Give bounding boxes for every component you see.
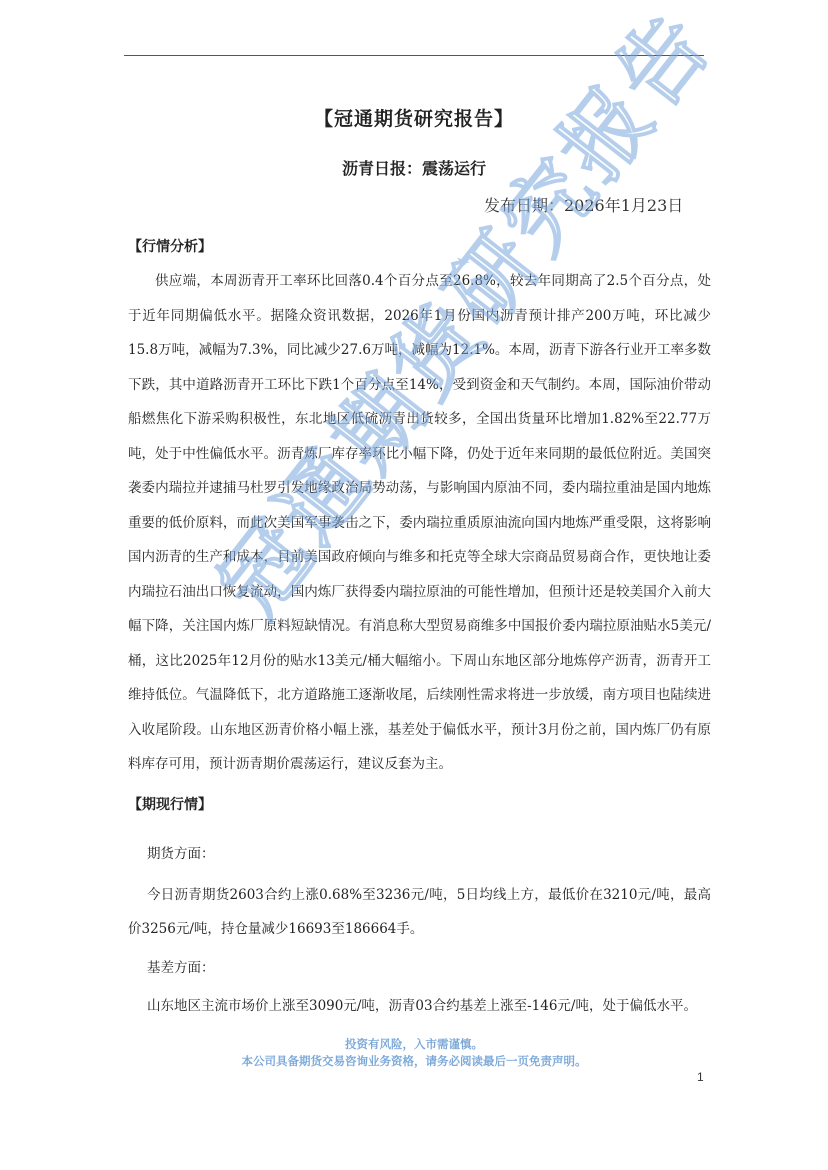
futures-paragraph: 今日沥青期货2603合约上涨0.68%至3236元/吨，5日均线上方，最低价在3… (128, 878, 711, 946)
report-subtitle: 沥青日报：震荡运行 (0, 156, 828, 179)
report-title: 【冠通期货研究报告】 (0, 104, 828, 131)
page-number: 1 (697, 1070, 704, 1084)
section-heading-market-analysis: 【行情分析】 (128, 236, 212, 256)
futures-label: 期货方面： (147, 842, 215, 862)
market-analysis-paragraph: 供应端，本周沥青开工率环比回落0.4个百分点至26.8%，较去年同期高了2.5个… (128, 264, 711, 782)
basis-paragraph: 山东地区主流市场价上涨至3090元/吨，沥青03合约基差上涨至-146元/吨，处… (147, 994, 697, 1014)
header-rule (124, 55, 704, 56)
publish-date: 发布日期：2026年1月23日 (484, 193, 683, 216)
disclaimer-notice: 本公司具备期货交易咨询业务资格，请务必阅读最后一页免责声明。 (0, 1053, 828, 1069)
risk-warning: 投资有风险，入市需谨慎。 (0, 1036, 828, 1052)
section-heading-futures-spot: 【期现行情】 (128, 794, 212, 814)
basis-label: 基差方面： (147, 956, 215, 976)
